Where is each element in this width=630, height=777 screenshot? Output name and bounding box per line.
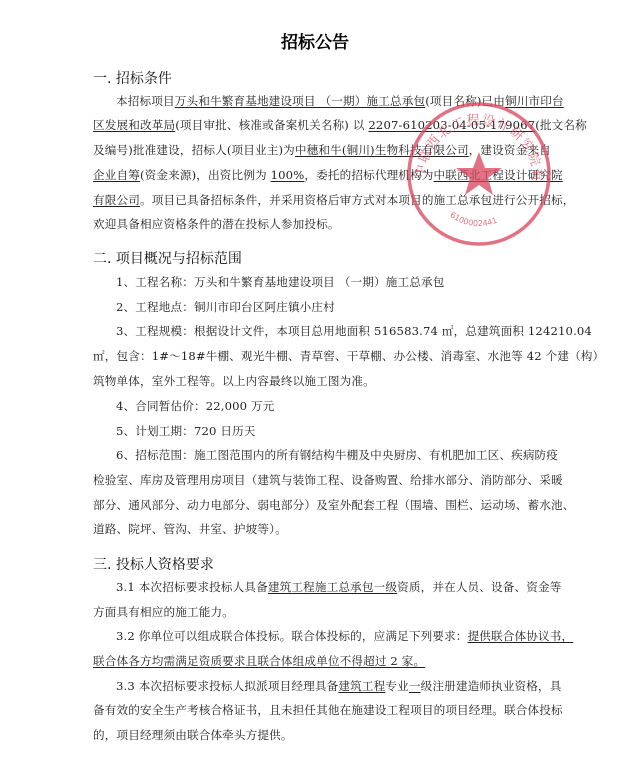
underlined-field: 2207-610203-04-05-179067 [368,118,535,132]
section1-heading: 一. 招标条件 [93,68,172,88]
text-run: 本招标项目 [116,94,175,108]
section1-line: 及编号)批准建设，招标人(项目业主)为中穗和牛(铜川)生物科技有限公司，建设资金… [93,142,553,158]
req-3-3-text: 3.3 本次招标要求投标人拟派项目经理具备 [116,679,338,693]
item-scope-line2: 检验室、库房及管理用房项目（建筑与装饰工程、设备购置、给排水部分、消防部分、采暖 [93,472,553,488]
req-3-3-specialty: 建筑工程 [338,679,385,693]
text-run: (资金来源)，出资比例为 [140,168,271,182]
req-3-1-qualification: 建筑工程施工总承包一级 [268,580,397,594]
item-scope-line3: 部分、通风部分、动力电部分、弱电部分）及室外配套工程（围墙、围栏、运动场、蓄水池… [93,497,553,513]
req-3-1-text: 3.1 本次招标要求投标人具备 [116,580,268,594]
text-run: 。项目已具备招标条件，并采用资格后审方式对本项目的施工总承包进行公开招标， [140,193,575,207]
text-run: (项目名称)已由 [425,94,505,108]
section1-line: 企业自筹(资金来源)，出资比例为 100%，委托的招标代理机构为中联西北工程设计… [93,167,553,183]
underlined-field: 铜川市印台 [505,94,564,108]
section3-heading: 三. 投标人资格要求 [93,554,214,574]
req-3-3-line1: 3.3 本次招标要求投标人拟派项目经理具备建筑工程专业一级注册建造师执业资格，具 [116,678,576,694]
req-3-3-text-post: 级注册建造师执业资格，具 [421,679,562,693]
req-3-3-level: 一 [409,679,421,693]
underlined-field: 区发展和改革局 [93,118,175,132]
text-run: ，委托的招标代理机构为 [304,168,433,182]
item-scale-line3: 筑物单体，室外工程等。以上内容最终以施工图为准。 [93,373,553,389]
item-project-location: 2、工程地点：铜川市印台区阿庄镇小庄村 [116,299,576,315]
section2-heading: 二. 项目概况与招标范围 [93,248,242,268]
section1-line: 有限公司。项目已具备招标条件，并采用资格后审方式对本项目的施工总承包进行公开招标… [93,192,553,208]
req-3-2-line1: 3.2 你单位可以组成联合体投标。联合体投标的，应满足下列要求：提供联合体协议书… [116,628,576,644]
req-3-3-line2: 备有效的安全生产考核合格证书，且未担任其他在施建设工程项目的项目经理。联合体投标 [93,702,553,718]
item-scope-line4: 道路、院坪、管沟、井室、护坡等）。 [93,521,553,537]
underlined-field: 有限公司 [93,193,140,207]
page-title: 招标公告 [0,28,630,53]
underlined-field: 中联西北工程设计研究院 [434,168,563,182]
req-3-2-line2: 联合体各方均需满足资质要求且联合体组成单位不得超过 2 家。 [93,653,553,669]
underlined-field: 企业自筹 [93,168,140,182]
underlined-field: 万头和牛繁育基地建设项目 （一期）施工总承包 [175,94,425,108]
underlined-field: 100% [271,168,305,182]
text-run: 及编号)批准建设，招标人(项目业主)为 [93,143,295,157]
req-3-1-line1: 3.1 本次招标要求投标人具备建筑工程施工总承包一级资质，并在人员、设备、资金等 [116,579,576,595]
item-project-name: 1、工程名称：万头和牛繁育基地建设项目 （一期）施工总承包 [116,274,576,290]
req-3-2-agreement: 提供联合体协议书， [468,629,574,643]
document-page: 招标公告 一. 招标条件 本招标项目万头和牛繁育基地建设项目 （一期）施工总承包… [0,0,630,777]
req-3-3-mid: 专业 [385,679,409,693]
item-schedule: 5、计划工期：720 日历天 [116,423,576,439]
text-run: (批文名称 [535,118,587,132]
text-run: ，建设资金来自 [469,143,551,157]
item-contract-price: 4、合同暂估价：22,000 万元 [116,398,576,414]
section1-line: 欢迎具备相应资格条件的潜在投标人参加投标。 [93,216,553,232]
item-scope-line1: 6、招标范围：施工图范围内的所有钢结构牛棚及中央厨房、有机肥加工区、疾病防疫 [116,447,576,463]
item-scale-line2: ㎡，包含：1#～18#牛棚、观光牛棚、青草窖、干草棚、办公楼、消毒室、水池等 4… [93,348,553,364]
text-run: 欢迎具备相应资格条件的潜在投标人参加投标。 [93,217,340,231]
req-3-1-text-post: 资质，并在人员、设备、资金等 [397,580,561,594]
req-3-2-text: 3.2 你单位可以组成联合体投标。联合体投标的，应满足下列要求： [116,629,468,643]
req-3-1-line2: 方面具有相应的施工能力。 [93,604,553,620]
underlined-field: 中穗和牛(铜川)生物科技有限公司 [295,143,469,157]
req-3-3-line3: 的，项目经理须由联合体牵头方提供。 [93,727,553,743]
section1-line: 区发展和改革局(项目审批、核准或备案机关名称) 以 2207-610203-04… [93,117,553,133]
item-scale-line1: 3、工程规模：根据设计文件，本项目总用地面积 516583.74 ㎡，总建筑面积… [116,323,576,339]
section1-line: 本招标项目万头和牛繁育基地建设项目 （一期）施工总承包(项目名称)已由铜川市印台 [116,93,576,109]
text-run: (项目审批、核准或备案机关名称) 以 [175,118,368,132]
